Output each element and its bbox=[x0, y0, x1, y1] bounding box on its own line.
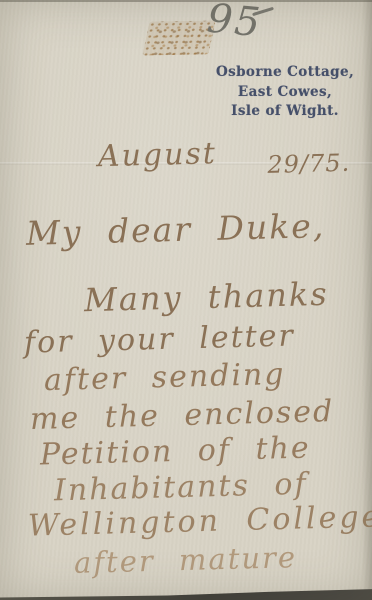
date-month: August bbox=[97, 136, 217, 174]
handwritten-line: after mature bbox=[74, 540, 298, 580]
photo-bottom-edge bbox=[0, 586, 372, 600]
date-line: August 29/75. bbox=[97, 133, 350, 184]
letterhead-line-3: Isle of Wight. bbox=[210, 102, 360, 122]
letterhead-line-2: East Cowes, bbox=[210, 83, 360, 103]
date-numbers: 29/75. bbox=[267, 149, 351, 179]
letterhead: Osborne Cottage, East Cowes, Isle of Wig… bbox=[210, 63, 360, 122]
salutation-line: My dear Duke, bbox=[26, 206, 326, 253]
photo-top-edge bbox=[0, 0, 372, 2]
letter-photo: 95 Osborne Cottage, East Cowes, Isle of … bbox=[0, 0, 372, 600]
handwritten-line: for your letter bbox=[24, 318, 296, 360]
handwritten-line: Many thanks bbox=[84, 275, 330, 319]
handwritten-line: after sending bbox=[44, 357, 286, 398]
letterhead-line-1: Osborne Cottage, bbox=[210, 63, 360, 83]
pencil-number-annotation: 95 bbox=[205, 0, 264, 46]
handwritten-line: Petition of the bbox=[40, 430, 311, 472]
